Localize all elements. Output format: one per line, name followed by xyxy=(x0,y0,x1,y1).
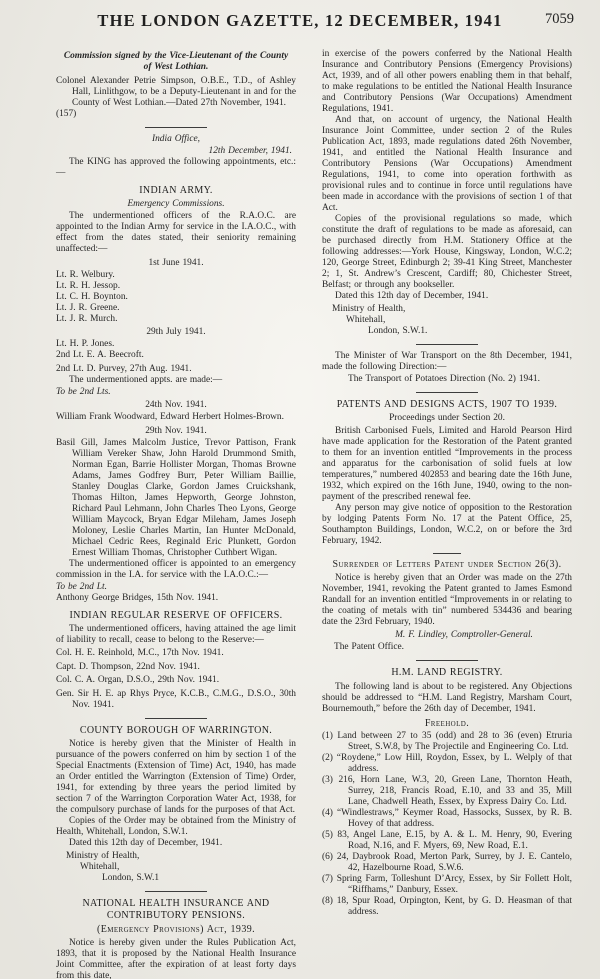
left-column: Commission signed by the Vice-Lieutenant… xyxy=(56,49,296,979)
page-number: 7059 xyxy=(545,11,574,28)
signature-line: M. F. Lindley, Comptroller-General. xyxy=(322,630,572,641)
land-item: (2) “Roydene,” Low Hill, Roydon, Essex, … xyxy=(322,753,572,775)
subsection-heading: Proceedings under Section 20. xyxy=(322,413,572,424)
section-divider xyxy=(416,344,478,345)
subsection-heading: Freehold. xyxy=(322,718,572,730)
paragraph: Basil Gill, James Malcolm Justice, Trevo… xyxy=(56,438,296,559)
paragraph: The undermentioned officer is appointed … xyxy=(56,559,296,581)
paragraph: in exercise of the powers conferred by t… xyxy=(322,49,572,115)
entry-line: Lt. R. H. Jessop. xyxy=(56,281,296,292)
paragraph: The Minister of War Transport on the 8th… xyxy=(322,351,572,373)
land-item: (8) 18, Spur Road, Orpington, Kent, by G… xyxy=(322,896,572,918)
paragraph: Notice is hereby given under the Rules P… xyxy=(56,938,296,979)
section-heading: INDIAN REGULAR RESERVE OF OFFICERS. xyxy=(56,610,296,622)
paragraph: Notice is hereby given that the Minister… xyxy=(56,739,296,816)
paragraph: Dated this 12th day of December, 1941. xyxy=(56,838,296,849)
date-heading: 1st June 1941. xyxy=(56,258,296,269)
commission-heading: Commission signed by the Vice-Lieutenant… xyxy=(62,51,290,73)
section-heading: H.M. LAND REGISTRY. xyxy=(322,667,572,679)
entry-line: Lt. C. H. Boynton. xyxy=(56,292,296,303)
entry-line: Lt. R. Welbury. xyxy=(56,270,296,281)
paragraph: Any person may give notice of opposition… xyxy=(322,503,572,547)
right-column: in exercise of the powers conferred by t… xyxy=(322,49,572,979)
date-heading: 29th July 1941. xyxy=(56,327,296,338)
section-divider xyxy=(433,553,461,554)
paragraph: British Carbonised Fuels, Limited and Ha… xyxy=(322,426,572,503)
subsection-heading: (Emergency Provisions) Act, 1939. xyxy=(56,924,296,936)
gazette-page: THE LONDON GAZETTE, 12 DECEMBER, 1941 70… xyxy=(0,0,600,979)
date-heading: 24th Nov. 1941. xyxy=(56,400,296,411)
section-divider xyxy=(145,891,207,892)
paragraph: The undermentioned officers of the R.A.O… xyxy=(56,211,296,255)
address-line: Whitehall, xyxy=(56,862,296,873)
subsection-heading: Emergency Commissions. xyxy=(56,199,296,210)
section-divider xyxy=(416,660,478,661)
section-heading: INDIAN ARMY. xyxy=(56,185,296,197)
section-divider xyxy=(145,127,207,128)
paragraph: Dated this 12th day of December, 1941. xyxy=(322,291,572,302)
officer-entry: Capt. D. Thompson, 22nd Nov. 1941. xyxy=(56,662,296,673)
paragraph: Colonel Alexander Petrie Simpson, O.B.E.… xyxy=(56,76,296,109)
land-item: (7) Spring Farm, Tolleshunt D’Arcy, Esse… xyxy=(322,874,572,896)
paragraph: The undermentioned officers, having atta… xyxy=(56,624,296,646)
paragraph: Copies of the Order may be obtained from… xyxy=(56,816,296,838)
subsection-heading: India Office, xyxy=(56,134,296,145)
paragraph: Notice is hereby given that an Order was… xyxy=(322,573,572,628)
dateline-date: 12th December, 1941. xyxy=(56,146,296,157)
land-item: (6) 24, Daybrook Road, Merton Park, Surr… xyxy=(322,852,572,874)
entry-line: Lt. H. P. Jones. xyxy=(56,339,296,350)
date-heading: 29th Nov. 1941. xyxy=(56,426,296,437)
section-heading: PATENTS AND DESIGNS ACTS, 1907 TO 1939. xyxy=(322,399,572,411)
entry-line: (157) xyxy=(56,109,296,120)
content-columns: Commission signed by the Vice-Lieutenant… xyxy=(0,37,600,979)
paragraph: Copies of the provisional regulations so… xyxy=(322,214,572,291)
officer-entry: Col. H. E. Reinhold, M.C., 17th Nov. 194… xyxy=(56,648,296,659)
officer-entry: Gen. Sir H. E. ap Rhys Pryce, K.C.B., C.… xyxy=(56,689,296,711)
section-heading: COUNTY BOROUGH OF WARRINGTON. xyxy=(56,725,296,737)
entry-line: 2nd Lt. E. A. Beecroft. xyxy=(56,350,296,361)
section-divider xyxy=(416,392,478,393)
land-item: (4) “Windlestraws,” Keymer Road, Hassock… xyxy=(322,808,572,830)
land-item: (1) Land between 27 to 35 (odd) and 28 t… xyxy=(322,731,572,753)
section-divider xyxy=(145,718,207,719)
entry-line: Anthony George Bridges, 15th Nov. 1941. xyxy=(56,593,296,604)
address-line: Ministry of Health, xyxy=(322,304,572,315)
entry-line: Lt. J. R. Greene. xyxy=(56,303,296,314)
land-item: (5) 83, Angel Lane, E.15, by A. & L. M. … xyxy=(322,830,572,852)
section-heading: NATIONAL HEALTH INSURANCE AND CONTRIBUTO… xyxy=(56,898,296,921)
rank-note: To be 2nd Lt. xyxy=(56,582,296,593)
rank-note: To be 2nd Lts. xyxy=(56,387,296,398)
paragraph: The Transport of Potatoes Direction (No.… xyxy=(322,374,572,385)
address-line: London, S.W.1. xyxy=(322,326,572,337)
officer-entry: 2nd Lt. D. Purvey, 27th Aug. 1941. xyxy=(56,364,296,375)
subsection-heading: Surrender of Letters Patent under Sectio… xyxy=(322,559,572,571)
address-line: London, S.W.1 xyxy=(56,873,296,884)
land-item: (3) 216, Horn Lane, W.3, 20, Green Lane,… xyxy=(322,775,572,808)
entry-line: Lt. J. R. Murch. xyxy=(56,314,296,325)
gazette-title: THE LONDON GAZETTE, 12 DECEMBER, 1941 xyxy=(97,11,502,30)
paragraph: The following land is about to be regist… xyxy=(322,682,572,715)
paragraph: And that, on account of urgency, the Nat… xyxy=(322,115,572,214)
address-line: Whitehall, xyxy=(322,315,572,326)
office-line: The Patent Office. xyxy=(322,642,572,653)
paragraph: William Frank Woodward, Edward Herbert H… xyxy=(56,412,296,423)
officer-entry: Col. C. A. Organ, D.S.O., 29th Nov. 1941… xyxy=(56,675,296,686)
masthead: THE LONDON GAZETTE, 12 DECEMBER, 1941 70… xyxy=(0,0,600,37)
paragraph: The undermentioned appts. are made:— xyxy=(56,375,296,386)
address-line: Ministry of Health, xyxy=(56,851,296,862)
paragraph: The KING has approved the following appo… xyxy=(56,157,296,179)
